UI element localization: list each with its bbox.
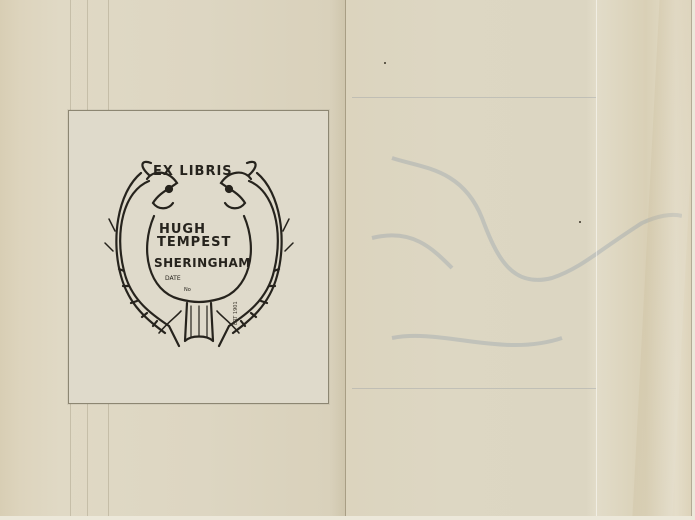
owner-place: SHERINGHAM: [154, 256, 251, 270]
paper-speck: [384, 62, 386, 64]
page-edge-right: [691, 0, 695, 520]
right-page-endpaper: [346, 0, 691, 516]
paper-speck: [579, 221, 581, 223]
left-page: EX LIBRIS HUGH TEMPEST SHERINGHAM DATE N…: [0, 0, 345, 516]
book-spread: EX LIBRIS HUGH TEMPEST SHERINGHAM DATE N…: [0, 0, 695, 520]
bookplate: EX LIBRIS HUGH TEMPEST SHERINGHAM DATE N…: [68, 110, 329, 404]
number-label: No: [184, 287, 191, 293]
page-fold-line: [596, 0, 597, 516]
ex-libris-header: EX LIBRIS: [153, 164, 233, 179]
map-show-through: [352, 97, 596, 389]
date-label: DATE: [165, 275, 181, 282]
artist-signature: ERT 1901: [233, 301, 239, 325]
page-edge-bottom: [0, 516, 695, 520]
faint-river-outline-icon: [352, 98, 682, 388]
owner-surname: TEMPEST: [157, 235, 231, 250]
